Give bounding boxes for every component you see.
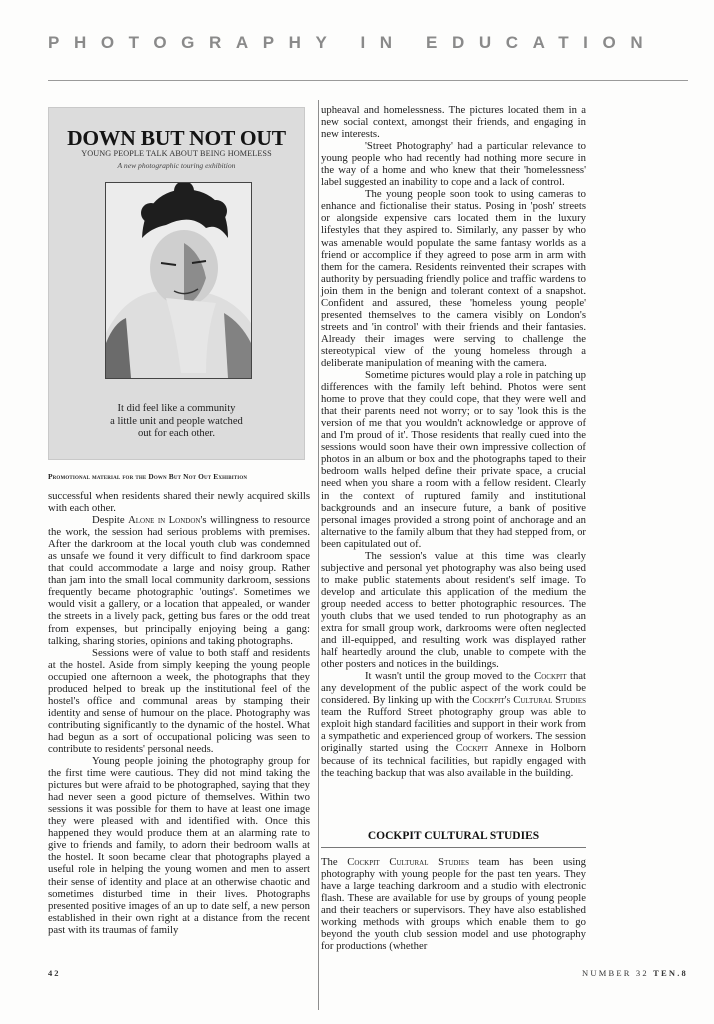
quote-line: out for each other. — [49, 428, 304, 441]
paragraph: The session's value at this time was cle… — [321, 550, 586, 670]
quote-line: It did feel like a community — [49, 403, 304, 416]
quote-line: a little unit and people watched — [49, 416, 304, 429]
header-divider — [48, 80, 688, 81]
portrait-photo — [105, 182, 252, 379]
paragraph: The young people soon took to using came… — [321, 188, 586, 369]
column-divider — [318, 100, 319, 1010]
paragraph: Young people joining the photography gro… — [48, 755, 310, 936]
portrait-photo-image — [106, 183, 251, 378]
section-text: The Cockpit Cultural Studies team has be… — [321, 856, 586, 952]
poster-title: DOWN BUT NOT OUT — [49, 126, 304, 151]
paragraph: Despite Alone in London's willingness to… — [48, 514, 310, 647]
left-column-text: successful when residents shared their n… — [48, 490, 310, 936]
org-name: Cockpit's Cultural Studies — [472, 694, 586, 706]
paragraph: 'Street Photography' had a particular re… — [321, 140, 586, 188]
issue-number: NUMBER 32 — [582, 968, 649, 978]
org-name: Cockpit — [456, 742, 488, 754]
org-name: Cockpit — [534, 670, 566, 682]
figure-caption: Promotional material for the Down But No… — [48, 472, 310, 481]
exhibition-poster: DOWN BUT NOT OUT YOUNG PEOPLE TALK ABOUT… — [48, 107, 305, 460]
org-name: Alone in London — [128, 514, 200, 526]
paragraph: Sessions were of value to both staff and… — [48, 647, 310, 755]
paragraph: upheaval and homelessness. The pictures … — [321, 104, 586, 140]
paragraph: The Cockpit Cultural Studies team has be… — [321, 856, 586, 952]
magazine-name: TEN.8 — [653, 968, 688, 978]
org-name: Cockpit Cultural Studies — [347, 856, 469, 868]
paragraph: Sometime pictures would play a role in p… — [321, 369, 586, 550]
poster-subtitle: YOUNG PEOPLE TALK ABOUT BEING HOMELESS — [49, 149, 304, 158]
section-heading-rule — [321, 847, 586, 848]
poster-quote: It did feel like a community a little un… — [49, 403, 304, 441]
page-number: 42 — [48, 968, 61, 978]
poster-tagline: A new photographic touring exhibition — [49, 161, 304, 170]
issue-label: NUMBER 32 TEN.8 — [582, 968, 688, 978]
running-header: PHOTOGRAPHY IN EDUCATION — [48, 33, 657, 53]
paragraph: It wasn't until the group moved to the C… — [321, 670, 586, 778]
paragraph: successful when residents shared their n… — [48, 490, 310, 514]
section-heading: COCKPIT CULTURAL STUDIES — [321, 830, 586, 842]
right-column-text: upheaval and homelessness. The pictures … — [321, 104, 586, 779]
